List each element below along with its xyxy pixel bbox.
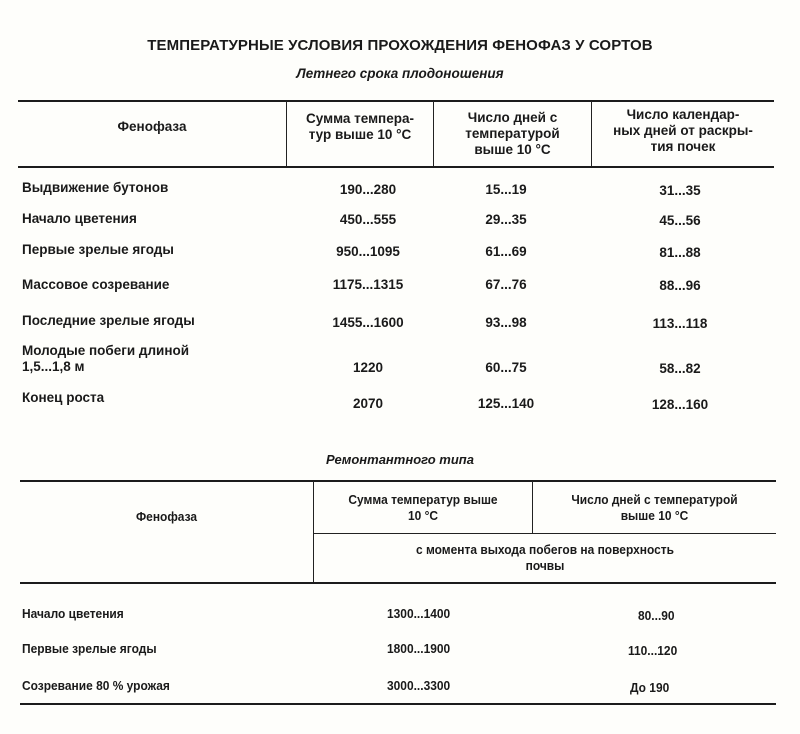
table-row-phase: Начало цветения <box>22 606 124 622</box>
table-row-calendar: 31...35 <box>620 183 740 199</box>
table-row-sum: 1455...1600 <box>308 315 428 331</box>
table-row-sum: 1800...1900 <box>387 641 450 657</box>
table-row-phase: Массовое созревание <box>22 277 169 293</box>
table2-header-phase: Фенофаза <box>32 481 302 553</box>
table-row-days: 93...98 <box>446 315 566 331</box>
table-row-days: 80...90 <box>638 608 675 624</box>
table2-header-days: Число дней с температурой выше 10 °С <box>543 486 767 530</box>
table-row-sum: 190...280 <box>308 182 428 198</box>
table2-header-rule <box>20 582 776 584</box>
table-row-days: 60...75 <box>446 360 566 376</box>
table-row-calendar: 58...82 <box>620 361 740 377</box>
table-row-days: 110...120 <box>628 643 677 659</box>
table2-col-divider <box>532 481 533 534</box>
table-row-calendar: 128...160 <box>620 397 740 413</box>
table-row-days: 67...76 <box>446 277 566 293</box>
table1-subtitle: Летнего срока плодоношения <box>0 66 800 81</box>
table2-subtitle: Ремонтантного типа <box>0 452 800 467</box>
table-row-sum: 450...555 <box>308 212 428 228</box>
table-row-phase: Созревание 80 % урожая <box>22 678 170 694</box>
table2-col-divider <box>313 481 314 582</box>
page-title: ТЕМПЕРАТУРНЫЕ УСЛОВИЯ ПРОХОЖДЕНИЯ ФЕНОФА… <box>0 37 800 54</box>
table2-header-sum: Сумма температур выше 10 °С <box>323 486 524 530</box>
table-row-days: До 190 <box>630 680 669 696</box>
table-row-days: 61...69 <box>446 244 566 260</box>
table1-header-sum: Сумма темпера- тур выше 10 °С <box>287 101 433 153</box>
table-row-phase: Первые зрелые ягоды <box>22 641 157 657</box>
table1-header-calendar: Число календар- ных дней от раскры- тия … <box>592 101 774 161</box>
table-row-calendar: 45...56 <box>620 213 740 229</box>
table2-subheader-rule <box>313 533 776 534</box>
table-row-phase: Первые зрелые ягоды <box>22 242 174 258</box>
table-row-sum: 1300...1400 <box>387 606 450 622</box>
table-row-sum: 2070 <box>308 396 428 412</box>
table1-header-rule <box>18 166 774 168</box>
table2-bottom-rule <box>20 703 776 705</box>
table-row-sum: 1220 <box>308 360 428 376</box>
table-row-sum: 1175...1315 <box>308 277 428 293</box>
table-row-phase: Молодые побеги длиной 1,5...1,8 м <box>22 343 189 375</box>
table1-header-days: Число дней с температурой выше 10 °С <box>434 101 591 166</box>
table-row-days: 125...140 <box>446 396 566 412</box>
table-row-days: 29...35 <box>446 212 566 228</box>
table-row-phase: Последние зрелые ягоды <box>22 313 195 329</box>
table2-subheader: с момента выхода побегов на поверхность … <box>332 538 757 578</box>
table-row-sum: 950...1095 <box>308 244 428 260</box>
table-row-phase: Конец роста <box>22 390 104 406</box>
table-row-days: 15...19 <box>446 182 566 198</box>
table-row-phase: Начало цветения <box>22 211 137 227</box>
table-row-calendar: 113...118 <box>620 316 740 332</box>
table1-header-phase: Фенофаза <box>18 101 286 153</box>
table-row-phase: Выдвижение бутонов <box>22 180 168 196</box>
table-row-calendar: 81...88 <box>620 245 740 261</box>
table-row-calendar: 88...96 <box>620 278 740 294</box>
table-row-sum: 3000...3300 <box>387 678 450 694</box>
